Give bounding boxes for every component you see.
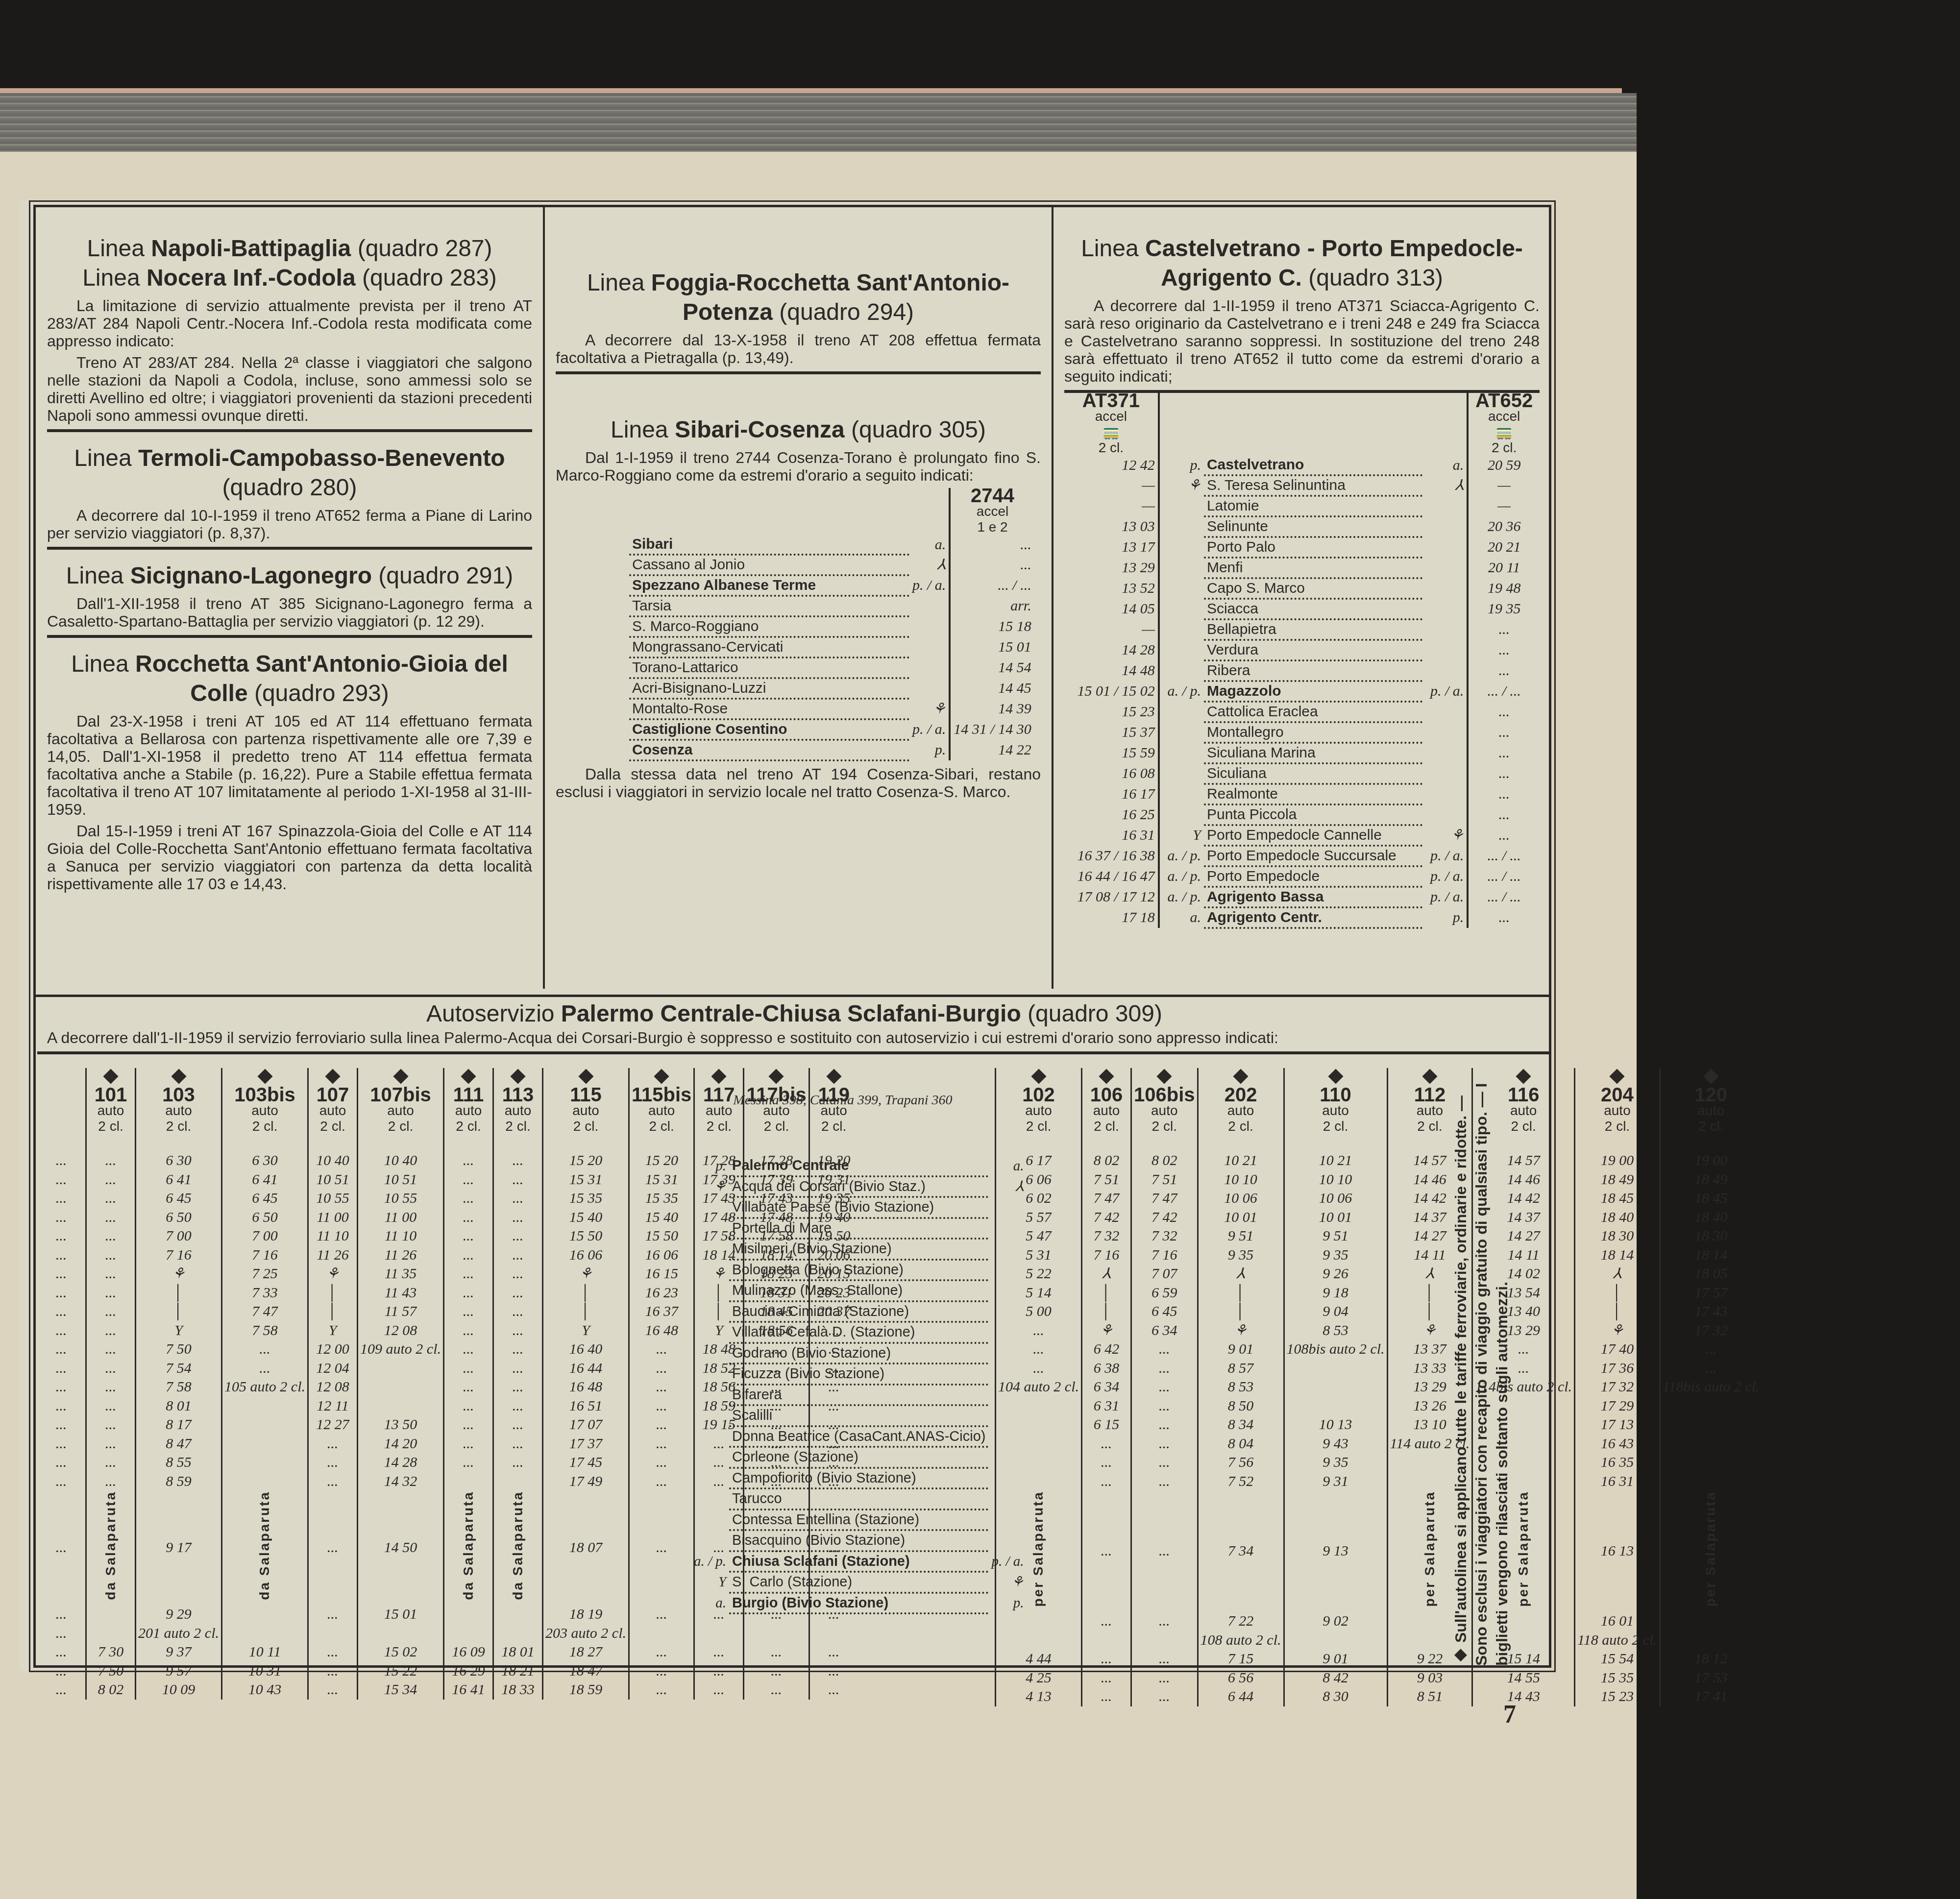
bus-time: ... [493, 1208, 543, 1227]
bus-time: 6 44 [1198, 1687, 1284, 1706]
bus-time: ⚘ [1575, 1321, 1660, 1340]
timetable-row: 17 08 / 17 12a. / p.Agrigento Bassap. / … [1064, 887, 1540, 907]
bus-time: per Salaparuta [996, 1491, 1082, 1612]
autoservizio-intro: A decorrere dall'1-II-1959 il servizio f… [37, 1029, 1551, 1047]
notice-rocchetta: Linea Rocchetta Sant'Antonio-Gioia del C… [37, 646, 542, 904]
bus-time: ... [1660, 1340, 1761, 1359]
time-cell-at652: ... [1468, 763, 1540, 784]
bus-time: 7 00 [136, 1227, 222, 1246]
bus-time: ... [444, 1435, 493, 1454]
time-cell-at652: ... [1468, 702, 1540, 722]
bus-time: ... [86, 1472, 136, 1491]
station-name: Agrigento Centr. [1204, 907, 1422, 928]
timetable-row: 14 05Sciacca19 35 [1064, 599, 1540, 619]
bus-header: 115bisauto2 cl. [629, 1068, 694, 1151]
bus-time: 9 35 [1284, 1246, 1387, 1265]
station-name: Castelvetrano [1204, 456, 1422, 475]
station-name: Palermo Centrale [729, 1156, 988, 1176]
mark [1422, 496, 1468, 516]
bus-time [222, 1472, 308, 1491]
mark [691, 1197, 729, 1218]
bus-time: 17 32 [1575, 1378, 1660, 1397]
mark [691, 1343, 729, 1364]
autoservizio-section: Autoservizio Palermo Centrale-Chiusa Scl… [37, 999, 1551, 1054]
bus-time [1660, 1453, 1761, 1472]
mark [1159, 516, 1204, 537]
bus-time: 6 45 [222, 1189, 308, 1208]
bus-number: 110 [1287, 1087, 1385, 1103]
bus-time: 7 51 [1082, 1170, 1131, 1190]
mark [1159, 537, 1204, 558]
time-cell-at371: — [1064, 496, 1159, 516]
bus-time: 8 42 [1284, 1669, 1387, 1688]
notice-text: Dall'1-XII-1958 il treno AT 385 Sicignan… [47, 595, 532, 630]
mark: a. [691, 1593, 729, 1614]
timetable-row: 16 25Punta Piccola... [1064, 804, 1540, 825]
time-cell-at652: ... [1468, 784, 1540, 804]
bus-time: 16 51 [543, 1397, 629, 1416]
bus-time: 6 02 [996, 1189, 1082, 1208]
bus-time: da Salaparuta [444, 1491, 493, 1605]
bus-time: ⚘ [136, 1265, 222, 1284]
bus-time: 9 51 [1284, 1227, 1387, 1246]
bus-class: 2 cl. [496, 1119, 540, 1134]
mark: p. [1159, 456, 1204, 475]
time-cell-at371: — [1064, 475, 1159, 496]
bus-header: 107bisauto2 cl. [358, 1068, 444, 1151]
bus-time: 11 00 [308, 1208, 358, 1227]
mark [691, 1385, 729, 1406]
station-name: Siculiana [1204, 763, 1422, 784]
bus-row: 4 44......7 159 019 2215 1415 5418 12 [996, 1650, 1762, 1669]
bus-time: │ [1198, 1302, 1284, 1321]
bus-time: ... [37, 1605, 86, 1624]
bus-time: 18 49 [1575, 1170, 1660, 1190]
station-row: Misilmeri (Bivio Stazione) [691, 1239, 1027, 1260]
station-row: Corleone (Stazione) [691, 1447, 1027, 1468]
bus-time: ... [37, 1170, 86, 1190]
bus-row: 104 auto 2 cl.6 34...8 5313 29114bis aut… [996, 1378, 1762, 1397]
timetable-row: Spezzano Albanese Termep. / a.... / ... [629, 575, 1034, 596]
bus-time: ... [1131, 1472, 1198, 1491]
bus-time: 7 50 [136, 1340, 222, 1359]
bus-time: ... [1131, 1491, 1198, 1612]
time-cell-at371: 13 29 [1064, 558, 1159, 578]
mark [691, 1239, 729, 1260]
bus-time: ... [37, 1435, 86, 1454]
bus-time: ... [37, 1643, 86, 1662]
bus-time: 17 29 [1575, 1397, 1660, 1416]
bus-time: 12 04 [308, 1359, 358, 1378]
bus-row: ...6 42...9 01108bis auto 2 cl.13 37...1… [996, 1340, 1762, 1359]
bus-time: 14 20 [358, 1435, 444, 1454]
timetable-row: —⚘S. Teresa Selinuntina⅄— [1064, 475, 1540, 496]
bus-class: 2 cl. [1134, 1119, 1195, 1134]
bus-time: ... [629, 1643, 694, 1662]
mark [691, 1447, 729, 1468]
bus-time: 9 43 [1284, 1435, 1387, 1454]
station-name: Realmonte [1204, 784, 1422, 804]
timetable-row: 13 29Menfi20 11 [1064, 558, 1540, 578]
bus-time: 16 44 [543, 1359, 629, 1378]
bus-number: 103bis [224, 1087, 305, 1103]
time-cell-at371: 13 03 [1064, 516, 1159, 537]
bus-time: ... [37, 1491, 86, 1605]
bus-time: ... [1131, 1669, 1198, 1688]
station-name: Sciacca [1204, 599, 1422, 619]
timetable-row: 15 23Cattolica Eraclea... [1064, 702, 1540, 722]
bus-time [1660, 1415, 1761, 1435]
bus-time: 104 auto 2 cl. [996, 1378, 1082, 1397]
notice-foggia: Linea Foggia-Rocchetta Sant'Antonio-Pote… [546, 265, 1051, 382]
bus-time: 13 50 [358, 1415, 444, 1435]
bus-time: 8 30 [1284, 1687, 1387, 1706]
bus-time: ... [37, 1397, 86, 1416]
diamond-icon [1157, 1069, 1172, 1084]
diamond-icon [325, 1069, 340, 1084]
bus-time: 8 02 [1082, 1151, 1131, 1170]
notice-title: Linea Sibari-Cosenza (quadro 305) [556, 415, 1041, 445]
diamond-icon [1703, 1069, 1718, 1084]
mark: ⚘ [1422, 825, 1468, 846]
timetable-row: Sibaria.... [629, 535, 1034, 555]
bus-time: ⚘ [1198, 1321, 1284, 1340]
mark [1159, 743, 1204, 763]
timetable-row: 12 42p.Castelvetranoa.20 59 [1064, 456, 1540, 475]
book-page-edges [0, 93, 1637, 152]
bus-time: ... [444, 1359, 493, 1378]
bus-time: 18 14 [1660, 1246, 1761, 1265]
bus-time: ... [86, 1302, 136, 1321]
bus-time: 8 02 [86, 1680, 136, 1700]
bus-row: 5 477 327 329 519 5114 2714 2718 3018 30 [996, 1227, 1762, 1246]
mark [1422, 619, 1468, 640]
bus-time: ... [444, 1208, 493, 1227]
bus-time: ... [86, 1189, 136, 1208]
bus-time: 10 40 [358, 1151, 444, 1170]
time-cell-at652: ... / ... [1468, 887, 1540, 907]
bus-time: 10 40 [308, 1151, 358, 1170]
diamond-icon [654, 1069, 669, 1084]
notice-title: Linea Castelvetrano - Porto Empedocle-Ag… [1064, 234, 1540, 293]
time-cell-at371: 16 17 [1064, 784, 1159, 804]
station-name: Torano-Lattarico [629, 657, 909, 678]
bus-time: 15 02 [358, 1643, 444, 1662]
bus-time: 5 57 [996, 1208, 1082, 1227]
station-name: Baucina-Ciminna (Stazione) [729, 1301, 988, 1322]
bus-time: 7 52 [1198, 1472, 1284, 1491]
station-name: Capo S. Marco [1204, 578, 1422, 599]
bus-time: 9 35 [1284, 1453, 1387, 1472]
bus-row: ...7 509 5710 31...15 2216 2918 2118 47.… [37, 1662, 858, 1681]
bus-time: ... [86, 1265, 136, 1284]
bus-time: 14 55 [1472, 1669, 1575, 1688]
bus-time: ... [444, 1246, 493, 1265]
bus-time: 10 10 [1198, 1170, 1284, 1190]
notice-text: Dal 1-I-1959 il treno 2744 Cosenza-Toran… [556, 449, 1041, 484]
bus-header: 106bisauto2 cl. [1131, 1068, 1198, 1151]
bus-time: ... [1082, 1687, 1131, 1706]
notice-text: Dalla stessa data nel treno AT 194 Cosen… [556, 765, 1041, 801]
bus-header: 111auto2 cl. [444, 1068, 493, 1151]
station-name: Bellapietra [1204, 619, 1422, 640]
bus-time: 118bis auto 2 cl. [1660, 1378, 1761, 1397]
bus-time: ... [629, 1453, 694, 1472]
bus-header: 103auto2 cl. [136, 1068, 222, 1151]
mark: Y [1159, 825, 1204, 846]
bus-time: 6 31 [1082, 1397, 1131, 1416]
bus-time: 16 06 [543, 1246, 629, 1265]
time-cell-at371: 15 59 [1064, 743, 1159, 763]
bus-type: auto [1200, 1103, 1281, 1119]
station-name: Ficuzza (Bivio Stazione) [729, 1363, 988, 1385]
bus-row: 5 317 167 169 359 3514 1114 1118 1418 14 [996, 1246, 1762, 1265]
mark: p. / a. [1422, 846, 1468, 866]
bus-time: ... [1131, 1435, 1198, 1454]
route-note: da Salaparuta [255, 1491, 274, 1600]
bus-time: 16 29 [444, 1662, 493, 1681]
bus-number: 103 [138, 1087, 219, 1103]
mark [691, 1509, 729, 1531]
arrival-departure-mark [909, 657, 950, 678]
bus-time: 6 42 [1082, 1340, 1131, 1359]
bus-time: 17 07 [543, 1415, 629, 1435]
bus-time [1284, 1378, 1387, 1397]
bus-time [493, 1605, 543, 1624]
station-name: Tarsia [629, 596, 909, 616]
mark [691, 1363, 729, 1385]
timetable-row: 15 59Siculiana Marina... [1064, 743, 1540, 763]
bus-time: 18 40 [1575, 1208, 1660, 1227]
bus-time [996, 1435, 1082, 1454]
bus-time: 7 47 [1131, 1189, 1198, 1208]
bus-row: 5 22⅄7 07⅄9 26⅄14 02⅄18 05 [996, 1265, 1762, 1284]
bus-time: Y [543, 1321, 629, 1340]
station-name: Acqua dei Corsari (Bivio Staz.) [729, 1176, 988, 1197]
bus-time: 105 auto 2 cl. [222, 1378, 308, 1397]
bus-time: 16 41 [444, 1680, 493, 1700]
time-cell: 15 18 [950, 616, 1034, 637]
station-name: S. Carlo (Stazione) [729, 1572, 988, 1593]
bus-time: 7 47 [1082, 1189, 1131, 1208]
bus-time: 5 31 [996, 1246, 1082, 1265]
bus-time: ... [493, 1189, 543, 1208]
bus-time: 9 51 [1198, 1227, 1284, 1246]
timetable-row: 13 17Porto Palo20 21 [1064, 537, 1540, 558]
bus-time: 16 31 [1575, 1472, 1660, 1491]
bus-time: 7 32 [1131, 1227, 1198, 1246]
bus-row: 6 067 517 5110 1010 1014 4614 4618 4918 … [996, 1170, 1762, 1190]
station-name: Spezzano Albanese Terme [629, 575, 909, 596]
train-header: 2744 accel 1 e 2 [950, 488, 1034, 535]
station-name: Ribera [1204, 660, 1422, 681]
bus-number: 115 [545, 1087, 626, 1103]
bus-time [1131, 1631, 1198, 1650]
station-row: a.Burgio (Bivio Stazione)p. [691, 1593, 1027, 1614]
bus-time [493, 1624, 543, 1643]
bus-time: │ [1082, 1284, 1131, 1303]
mark [1422, 763, 1468, 784]
arrival-departure-mark: p. [909, 740, 950, 760]
bus-time: ... [37, 1340, 86, 1359]
mark: ⚘ [691, 1176, 729, 1197]
bus-time: ... [86, 1246, 136, 1265]
bus-time: ... [694, 1643, 744, 1662]
bus-time: ... [1082, 1669, 1131, 1688]
time-cell-at652: ... / ... [1468, 846, 1540, 866]
route-note: da Salaparuta [101, 1491, 121, 1600]
bus-time: ... [1131, 1687, 1198, 1706]
bus-time: 17 13 [1575, 1415, 1660, 1435]
bus-row: 5 577 427 4210 0110 0114 3714 3718 4018 … [996, 1208, 1762, 1227]
station-name: Corleone (Stazione) [729, 1447, 988, 1468]
bus-row: ...6 38...8 5713 33...17 36... [996, 1359, 1762, 1378]
bus-time [493, 1472, 543, 1491]
bus-time: ... [493, 1227, 543, 1246]
bus-time [222, 1397, 308, 1416]
bus-time: 18 05 [1660, 1265, 1761, 1284]
bus-number: 107bis [360, 1087, 441, 1103]
bus-time: 109 auto 2 cl. [358, 1340, 444, 1359]
bus-time: ... [493, 1302, 543, 1321]
station-name: Bifarera [729, 1385, 988, 1406]
timetable-row: 16 37 / 16 38a. / p.Porto Empedocle Succ… [1064, 846, 1540, 866]
bus-time: 17 57 [1660, 1284, 1761, 1303]
bus-time: 4 44 [996, 1650, 1082, 1669]
mark: a. / p. [1159, 887, 1204, 907]
bus-time: 11 10 [308, 1227, 358, 1246]
bus-time: 10 55 [308, 1189, 358, 1208]
bus-time: 19 00 [1660, 1151, 1761, 1170]
bus-time: 108bis auto 2 cl. [1284, 1340, 1387, 1359]
rule [556, 371, 1041, 374]
bus-time: ... [629, 1491, 694, 1605]
time-cell-at371: 16 44 / 16 47 [1064, 866, 1159, 887]
station-name: Porto Empedocle Succursale [1204, 846, 1422, 866]
station-name: Portella di Mare [729, 1218, 988, 1239]
bus-number: 106bis [1134, 1087, 1195, 1103]
bus-time: 18 47 [543, 1662, 629, 1681]
bus-time: 7 47 [222, 1302, 308, 1321]
bus-time: 6 06 [996, 1170, 1082, 1190]
bus-time: 7 58 [136, 1378, 222, 1397]
bus-time: ... [1082, 1612, 1131, 1631]
bus-time: ... [493, 1378, 543, 1397]
bus-time: 9 01 [1284, 1650, 1387, 1669]
bus-time: 4 25 [996, 1669, 1082, 1688]
bus-time: ... [809, 1643, 858, 1662]
station-name: Burgio (Bivio Stazione) [729, 1593, 988, 1614]
bus-time: 17 45 [543, 1453, 629, 1472]
arrival-departure-mark [909, 678, 950, 699]
bus-time: ... [1082, 1453, 1131, 1472]
bus-time: 8 47 [136, 1435, 222, 1454]
bus-header: 115auto2 cl. [543, 1068, 629, 1151]
bus-time: ... [996, 1340, 1082, 1359]
bus-time: 17 37 [543, 1435, 629, 1454]
bus-time: ... [493, 1340, 543, 1359]
bus-time: 8 17 [136, 1415, 222, 1435]
mark [1422, 722, 1468, 743]
bus-time [996, 1453, 1082, 1472]
diamond-icon [461, 1069, 476, 1084]
time-cell-at652: 19 48 [1468, 578, 1540, 599]
bus-time: 10 11 [222, 1643, 308, 1662]
diamond-icon [510, 1069, 525, 1084]
station-row: p.Palermo Centralea. [691, 1156, 1027, 1176]
bus-time: ... [308, 1643, 358, 1662]
time-cell-at652: — [1468, 475, 1540, 496]
station-name: Contessa Entellina (Stazione) [729, 1509, 988, 1531]
bus-class: 2 cl. [224, 1119, 305, 1134]
mark [1422, 537, 1468, 558]
bus-time: ... [444, 1378, 493, 1397]
station-row: YS. Carlo (Stazione)⚘ [691, 1572, 1027, 1593]
mark: a. [1159, 907, 1204, 928]
bus-time: ... [444, 1265, 493, 1284]
bus-number: 115bis [632, 1087, 691, 1103]
bus-number: 107 [311, 1087, 355, 1103]
bus-time: 17 40 [1575, 1340, 1660, 1359]
arrival-departure-mark: ⚘ [909, 699, 950, 719]
bus-time: │ [1082, 1302, 1131, 1321]
mark: p. [1422, 907, 1468, 928]
bus-time: 10 01 [1198, 1208, 1284, 1227]
bus-time [1660, 1631, 1761, 1650]
time-cell: 14 45 [950, 678, 1034, 699]
bus-time: 15 20 [543, 1151, 629, 1170]
bus-row: 6 178 028 0210 2110 2114 5714 5719 0019 … [996, 1151, 1762, 1170]
bus-row: ......8 049 43114 auto 2 cl.16 43 [996, 1435, 1762, 1454]
bus-time: ... [37, 1151, 86, 1170]
diamond-icon [393, 1069, 408, 1084]
station-row: Mulinazzo (Mass. Stallone) [691, 1280, 1027, 1301]
bus-time [996, 1612, 1082, 1631]
bus-time: ... [86, 1453, 136, 1472]
bus-time: 4 13 [996, 1687, 1082, 1706]
bus-time: ... [222, 1359, 308, 1378]
station-name: Mongrassano-Cervicati [629, 637, 909, 657]
bus-time: 14 28 [358, 1453, 444, 1472]
bus-time [358, 1359, 444, 1378]
bus-time: da Salaparuta [493, 1491, 543, 1605]
bus-header: 101auto2 cl. [86, 1068, 136, 1151]
bus-time: ... [444, 1321, 493, 1340]
bus-header: 103bisauto2 cl. [222, 1068, 308, 1151]
bus-time: ... [493, 1170, 543, 1190]
bus-time: 8 34 [1198, 1415, 1284, 1435]
station-name: S. Teresa Selinuntina [1204, 475, 1422, 496]
bus-time [1660, 1435, 1761, 1454]
notice-text: Treno AT 283/AT 284. Nella 2ª classe i v… [47, 354, 532, 424]
mark [1159, 619, 1204, 640]
bus-time [444, 1624, 493, 1643]
station-name: Villafrati-Cefalà D. (Stazione) [729, 1322, 988, 1343]
rule [47, 429, 532, 432]
mark [691, 1468, 729, 1489]
bus-time: 5 00 [996, 1302, 1082, 1321]
bus-time: ... [37, 1265, 86, 1284]
bus-time [996, 1397, 1082, 1416]
bus-time: 18 40 [1660, 1208, 1761, 1227]
station-name: Scalilli [729, 1405, 988, 1426]
bus-time: 17 53 [1660, 1669, 1761, 1688]
bus-time: │ [308, 1284, 358, 1303]
bus-time: ... [809, 1680, 858, 1700]
bus-time: 5 14 [996, 1284, 1082, 1303]
bus-time: ... [1131, 1415, 1198, 1435]
bus-time: 6 15 [1082, 1415, 1131, 1435]
